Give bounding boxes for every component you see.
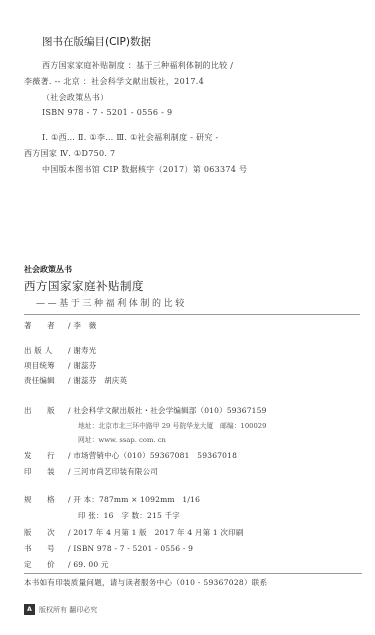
publisher-address: 地址：北京市北三环中路甲 29 号院华龙大厦 邮编：100029 (78, 420, 266, 430)
credit-editor: 责任编辑/ 谢蕊芬 胡庆英 (24, 375, 127, 386)
credit-coordinator-value: 谢蕊芬 (73, 361, 96, 370)
edition-label: 版 次 (24, 527, 68, 538)
cip-line-author: 李薇著. -- 北京 ：社会科学文献出版社，2017.4 (24, 76, 204, 87)
spec-label: 规 格 (24, 494, 68, 505)
publisher-website: 网址：www. ssap. com. cn (78, 434, 166, 444)
price-value: 69. 00 元 (73, 560, 108, 569)
cip-line-classification: Ⅰ. ①西… Ⅱ. ①李… Ⅲ. ①社会福利制度 - 研究 - (42, 132, 219, 143)
copyright-notice: A 版权所有 翻印必究 (24, 604, 97, 615)
distribution-label: 发 行 (24, 450, 68, 461)
cip-heading: 图书在版编目(CIP)数据 (42, 34, 151, 49)
book-subtitle: ——基于三种福利体制的比较 (36, 296, 187, 309)
spec-row: 规 格/ 开 本：787mm × 1092mm 1/16 (24, 494, 200, 505)
credit-publisher-head-label: 出 版 人 (24, 345, 68, 356)
cip-line-classification-cont: 西方国家 Ⅳ. ①D750. 7 (24, 148, 115, 159)
cip-line-record-number: 中国版本图书馆 CIP 数据核字（2017）第 063374 号 (42, 164, 247, 175)
printing-label: 印 装 (24, 466, 68, 477)
price-row: 定 价/ 69. 00 元 (24, 559, 109, 570)
divider-bottom (24, 573, 362, 574)
printing-row: 印 装/ 三河市尚艺印装有限公司 (24, 466, 158, 477)
copyright-text: 版权所有 翻印必究 (39, 605, 97, 615)
isbn-value: ISBN 978 - 7 - 5201 - 0556 - 9 (73, 544, 193, 553)
printing-value: 三河市尚艺印装有限公司 (73, 467, 158, 476)
credit-editor-value: 谢蕊芬 胡庆英 (73, 376, 127, 385)
publisher-value: 社会科学文献出版社・社会学编辑部（010）59367159 (73, 406, 266, 415)
edition-row: 版 次/ 2017 年 4 月第 1 版 2017 年 4 月第 1 次印刷 (24, 527, 244, 538)
book-title: 西方国家家庭补贴制度 (24, 278, 144, 294)
edition-value: 2017 年 4 月第 1 版 2017 年 4 月第 1 次印刷 (73, 528, 243, 537)
credit-editor-label: 责任编辑 (24, 375, 68, 386)
credit-coordinator-label: 项目统筹 (24, 360, 68, 371)
credit-author: 著 者/ 李 薇 (24, 320, 96, 331)
divider-top (24, 314, 360, 315)
spec-sub: 印 张：16 字 数：215 千字 (78, 510, 180, 521)
cip-line-series: （社会政策丛书） (42, 92, 108, 103)
quality-notice: 本书如有印装质量问题，请与读者服务中心（010 - 59367028）联系 (24, 577, 267, 588)
series-name: 社会政策丛书 (24, 264, 72, 275)
copyright-logo-icon: A (24, 604, 35, 615)
isbn-row: 书 号/ ISBN 978 - 7 - 5201 - 0556 - 9 (24, 543, 193, 554)
distribution-value: 市场营销中心（010）59367081 59367018 (73, 451, 237, 460)
credit-author-value: 李 薇 (73, 321, 96, 330)
distribution-row: 发 行/ 市场营销中心（010）59367081 59367018 (24, 450, 237, 461)
publisher-row: 出 版/ 社会科学文献出版社・社会学编辑部（010）59367159 (24, 405, 267, 416)
publisher-label: 出 版 (24, 405, 68, 416)
credit-author-label: 著 者 (24, 320, 68, 331)
isbn-label: 书 号 (24, 543, 68, 554)
cip-line-isbn: ISBN 978 - 7 - 5201 - 0556 - 9 (42, 108, 172, 117)
credit-publisher-head: 出 版 人/ 谢寿光 (24, 345, 96, 356)
credit-publisher-head-value: 谢寿光 (73, 346, 96, 355)
cip-line-title: 西方国家家庭补贴制度 ：基于三种福利体制的比较 / (42, 60, 233, 71)
credit-coordinator: 项目统筹/ 谢蕊芬 (24, 360, 96, 371)
spec-value: 开 本：787mm × 1092mm 1/16 (73, 495, 200, 504)
price-label: 定 价 (24, 559, 68, 570)
